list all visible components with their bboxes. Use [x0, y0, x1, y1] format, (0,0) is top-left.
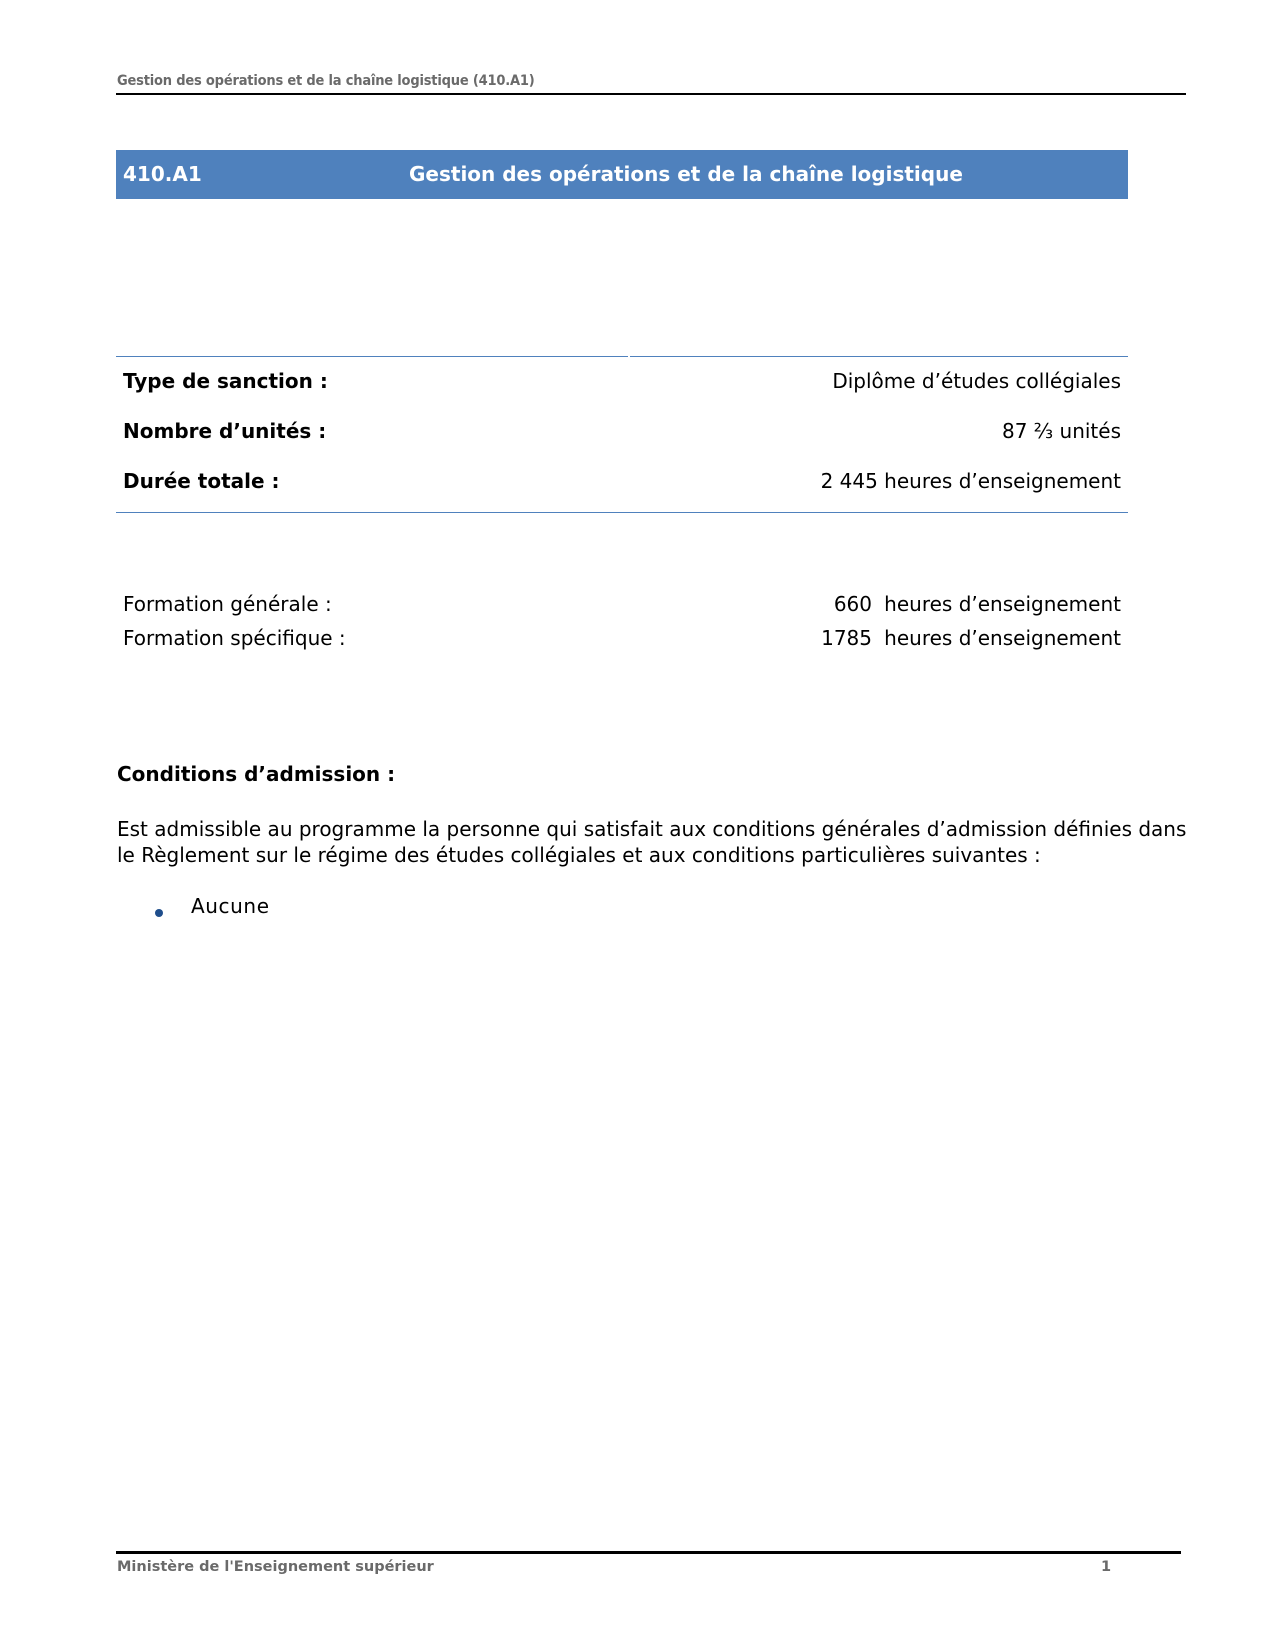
program-title-bar: 410.A1 Gestion des opérations et de la c… [116, 150, 1128, 199]
footer-ministry: Ministère de l'Enseignement supérieur [117, 1559, 434, 1575]
admission-paragraph: Est admissible au programme la personne … [117, 816, 1187, 868]
formation-label: Formation générale : [123, 592, 332, 616]
page-number: 1 [1101, 1559, 1111, 1575]
program-code: 410.A1 [123, 162, 202, 186]
info-row-sanction: Type de sanction : Diplôme d’études coll… [116, 369, 1128, 399]
info-table-top-rule-right [630, 356, 1128, 357]
info-row-units: Nombre d’unités : 87 ⅔ unités [116, 419, 1128, 449]
bullet-icon [155, 909, 163, 917]
info-label: Nombre d’unités : [123, 419, 326, 443]
info-table-bottom-rule [116, 512, 1128, 513]
info-value: 2 445 heures d’enseignement [821, 469, 1121, 493]
program-name: Gestion des opérations et de la chaîne l… [409, 162, 963, 186]
formation-hours: 1785 [821, 626, 872, 650]
info-label: Type de sanction : [123, 369, 328, 393]
info-label: Durée totale : [123, 469, 280, 493]
formation-hours: 660 [834, 592, 872, 616]
footer-divider [116, 1551, 1181, 1554]
admission-item: Aucune [191, 894, 270, 918]
info-value: 87 ⅔ unités [1002, 419, 1121, 443]
running-header: Gestion des opérations et de la chaîne l… [117, 73, 535, 89]
admission-heading: Conditions d’admission : [117, 762, 395, 786]
header-divider [116, 93, 1186, 95]
formation-unit: heures d’enseignement [884, 592, 1121, 616]
info-row-duration: Durée totale : 2 445 heures d’enseigneme… [116, 469, 1128, 499]
info-value: Diplôme d’études collégiales [832, 369, 1121, 393]
info-table-top-rule-left [116, 356, 628, 357]
formation-label: Formation spécifique : [123, 626, 346, 650]
formation-unit: heures d’enseignement [884, 626, 1121, 650]
